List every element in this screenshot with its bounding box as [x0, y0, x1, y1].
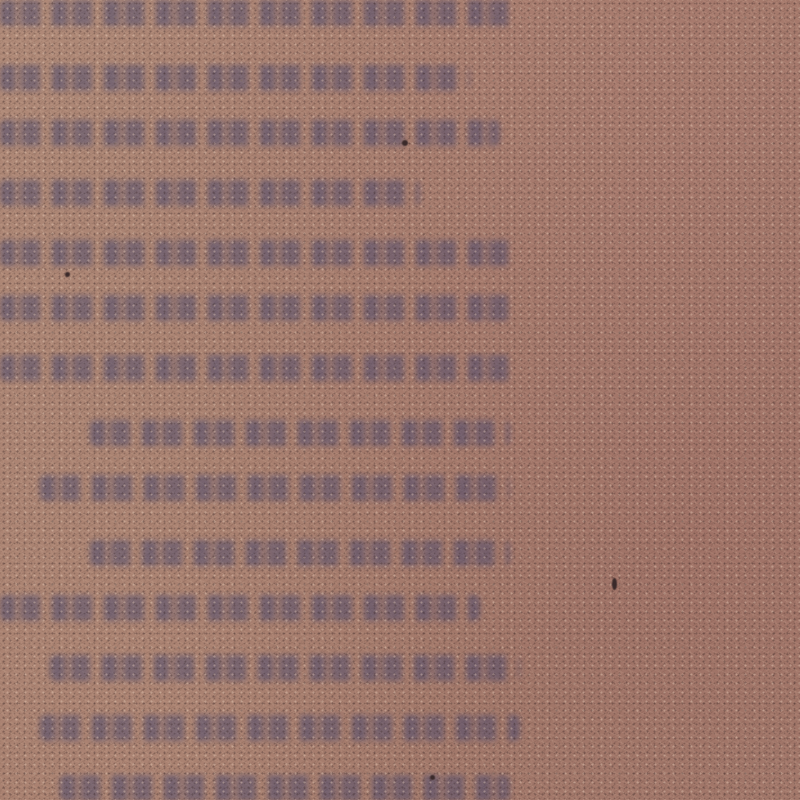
- fiber-speck: [430, 775, 435, 780]
- fiber-speck: [612, 578, 617, 590]
- fiber-speck: [65, 272, 70, 277]
- paper-photograph: [illegible][illegible][illegible][illegi…: [0, 0, 800, 800]
- paper-speckle-texture: [0, 0, 800, 800]
- fiber-speck: [402, 140, 408, 146]
